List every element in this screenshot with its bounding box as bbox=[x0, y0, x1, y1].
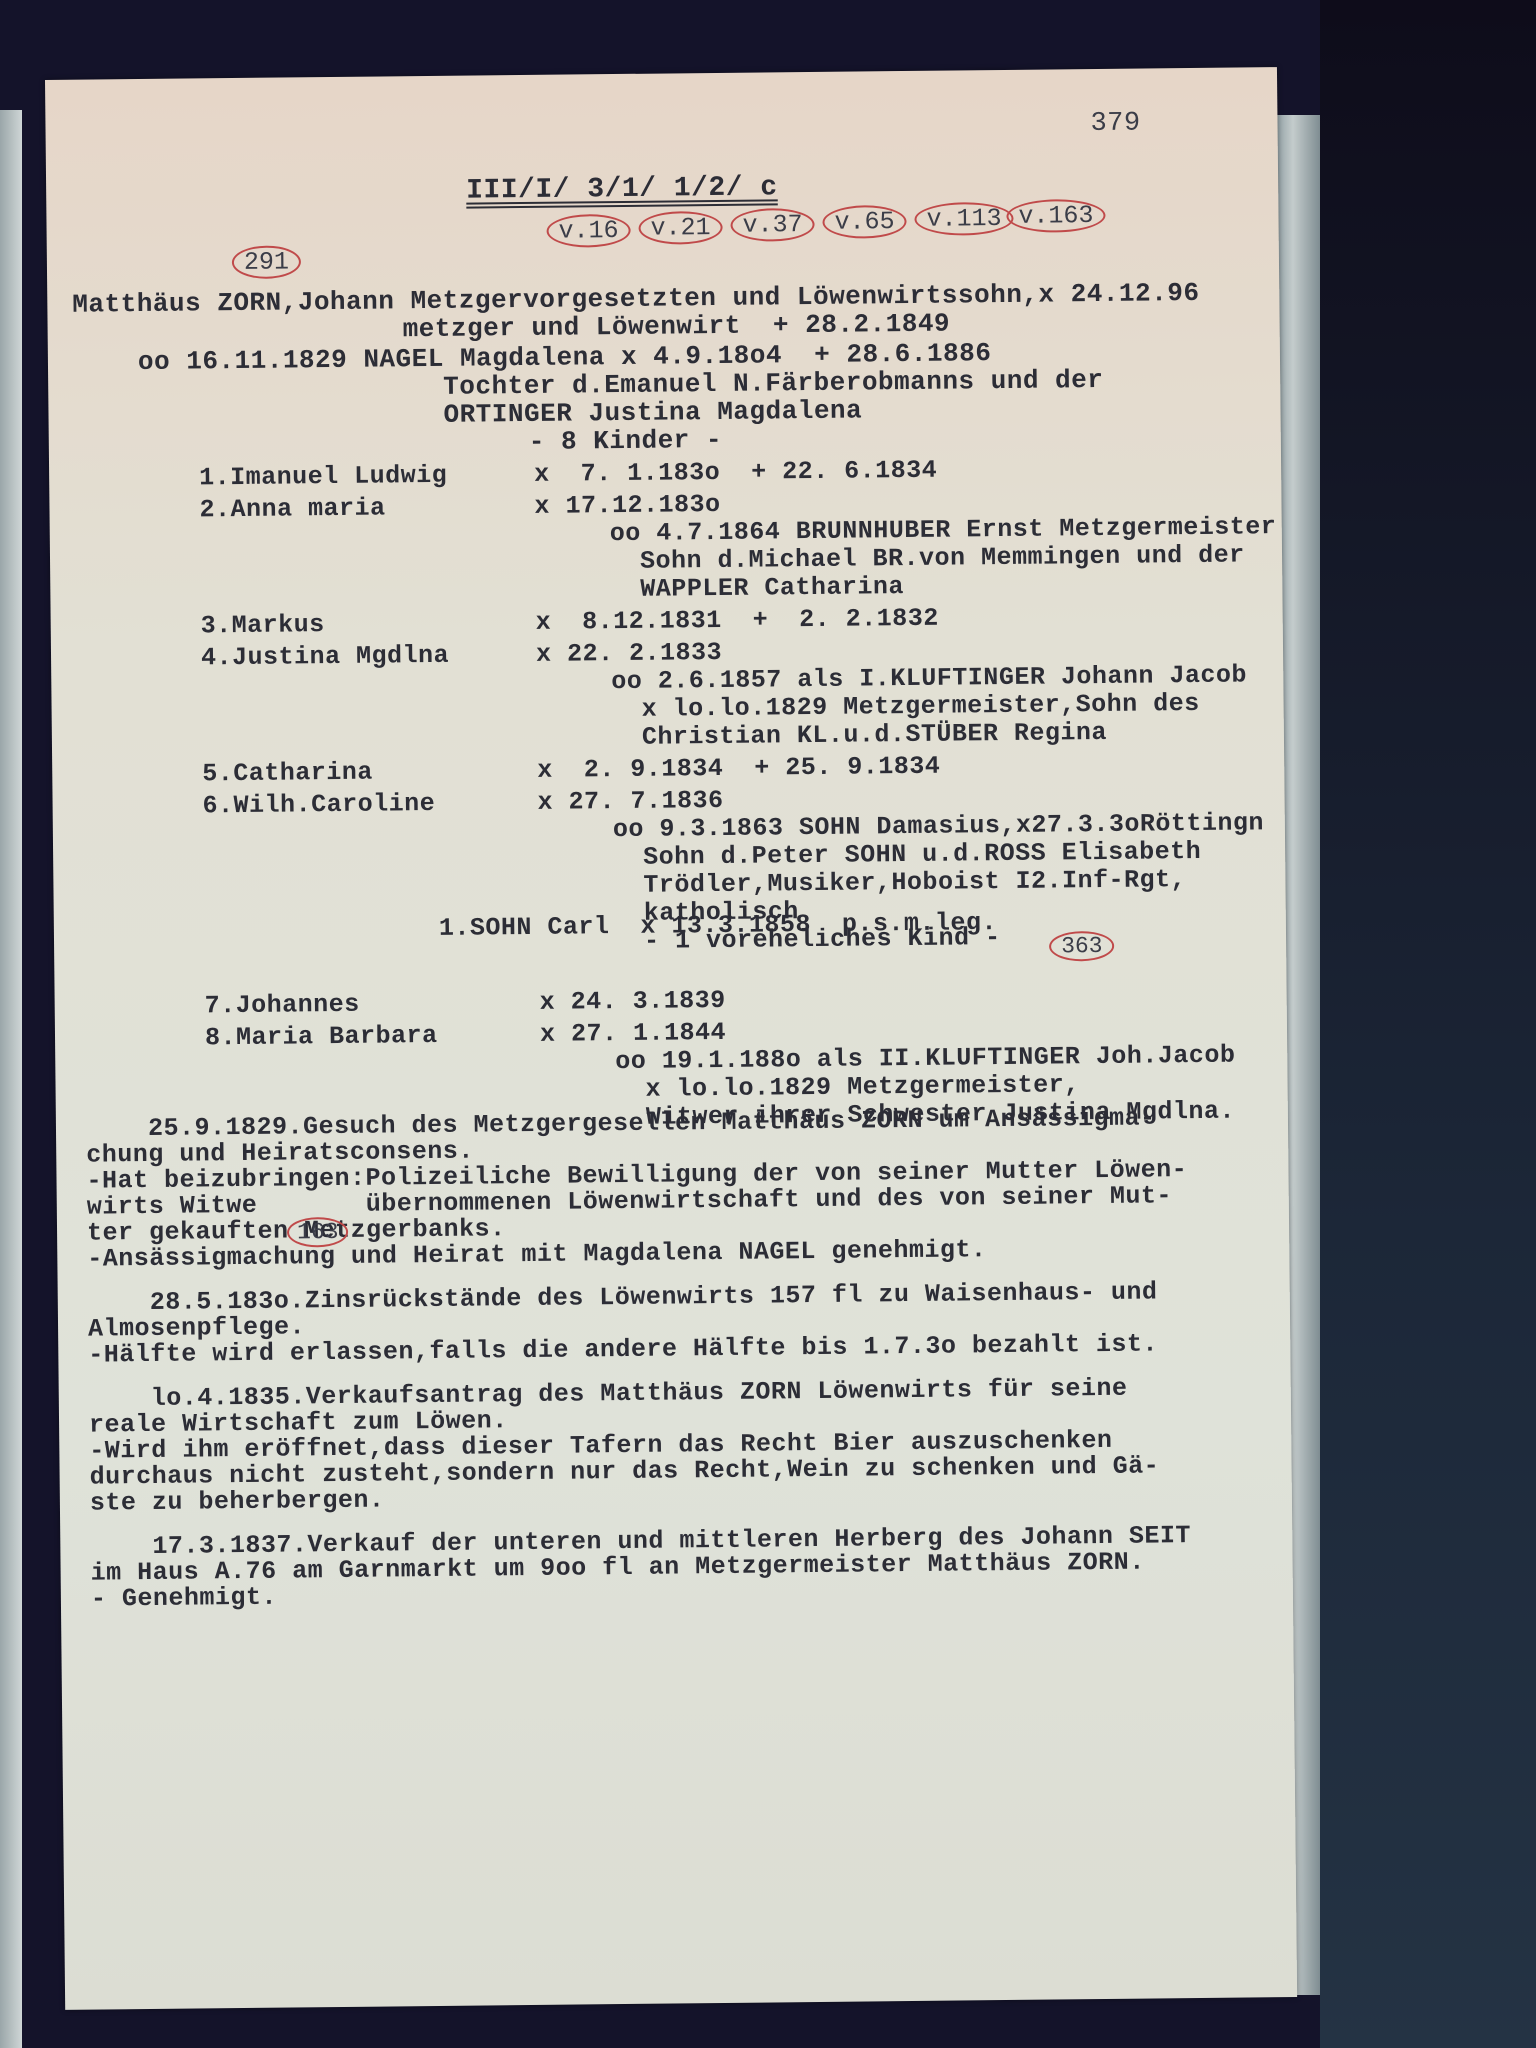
event-line: 28.5.183o.Zinsrückstände des Löwenwirts … bbox=[88, 1277, 1158, 1317]
child-note: oo 19.1.188o als II.KLUFTINGER Joh.Jacob bbox=[615, 1041, 1235, 1076]
child-dates: x 22. 2.1833 bbox=[536, 638, 722, 669]
child-note: Trödler,Musiker,Hoboist I2.Inf-Rgt, bbox=[643, 865, 1186, 900]
child-note: x lo.lo.1829 Metzgermeister,Sohn des bbox=[641, 689, 1199, 724]
event-line: ste zu beherbergen. bbox=[90, 1486, 385, 1518]
reference-circled: v.163 bbox=[1006, 199, 1105, 233]
child-name: 4.Justina Mgdlna bbox=[201, 641, 449, 673]
child-dates: x 27. 7.1836 bbox=[537, 786, 723, 817]
reference-circled: v.37 bbox=[730, 208, 814, 242]
child-note: Sohn d.Michael BR.von Memmingen und der bbox=[640, 540, 1245, 575]
reference-circled: v.21 bbox=[638, 211, 722, 245]
house-number-circled: 291 bbox=[232, 245, 301, 279]
child-name: 5.Catharina bbox=[202, 758, 373, 789]
event-line: lo.4.1835.Verkaufsantrag des Matthäus ZO… bbox=[89, 1374, 1128, 1414]
document-page: 379 III/I/ 3/1/ 1/2/ c 291 v.16v.21v.37v… bbox=[45, 67, 1297, 2010]
child-dates: x 27. 1.1844 bbox=[540, 1018, 726, 1049]
reference-circled: v.65 bbox=[822, 205, 906, 239]
child-dates: x 7. 1.183o + 22. 6.1834 bbox=[534, 456, 937, 489]
section-code: III/I/ 3/1/ 1/2/ c bbox=[466, 172, 778, 206]
child-dates: x 8.12.1831 + 2. 2.1832 bbox=[536, 604, 939, 637]
child-name: 7.Johannes bbox=[205, 990, 360, 1021]
page-number: 379 bbox=[1090, 109, 1140, 140]
ref-363-circled: 363 bbox=[1049, 931, 1115, 962]
children-heading: - 8 Kinder - bbox=[529, 425, 723, 457]
child-dates: x 2. 9.1834 + 25. 9.1834 bbox=[537, 752, 940, 785]
child-name: 8.Maria Barbara bbox=[205, 1021, 438, 1052]
left-page-edge bbox=[0, 110, 22, 2048]
reference-circled: v.16 bbox=[546, 214, 630, 248]
child-name: 1.Imanuel Ludwig bbox=[199, 461, 447, 493]
child-note: WAPPLER Catharina bbox=[640, 572, 904, 604]
child-name: 6.Wilh.Caroline bbox=[202, 789, 435, 820]
child-dates: x 24. 3.1839 bbox=[540, 986, 726, 1017]
child-name: 2.Anna maria bbox=[199, 493, 385, 524]
child-dates: x 17.12.183o bbox=[534, 490, 720, 521]
event-line: 25.9.1829.Gesuch des Metzgergesellen Mat… bbox=[86, 1103, 1156, 1143]
illegitimate-child: 1.SOHN Carl x 13.3.1858 p.s.m.leg. bbox=[439, 908, 997, 943]
reference-circled: v.113 bbox=[914, 202, 1013, 236]
event-line: - Genehmigt. bbox=[91, 1583, 277, 1614]
child-note: Christian KL.u.d.STÜBER Regina bbox=[642, 718, 1107, 752]
child-name: 3.Markus bbox=[201, 610, 325, 640]
background-dark bbox=[1320, 0, 1536, 2048]
